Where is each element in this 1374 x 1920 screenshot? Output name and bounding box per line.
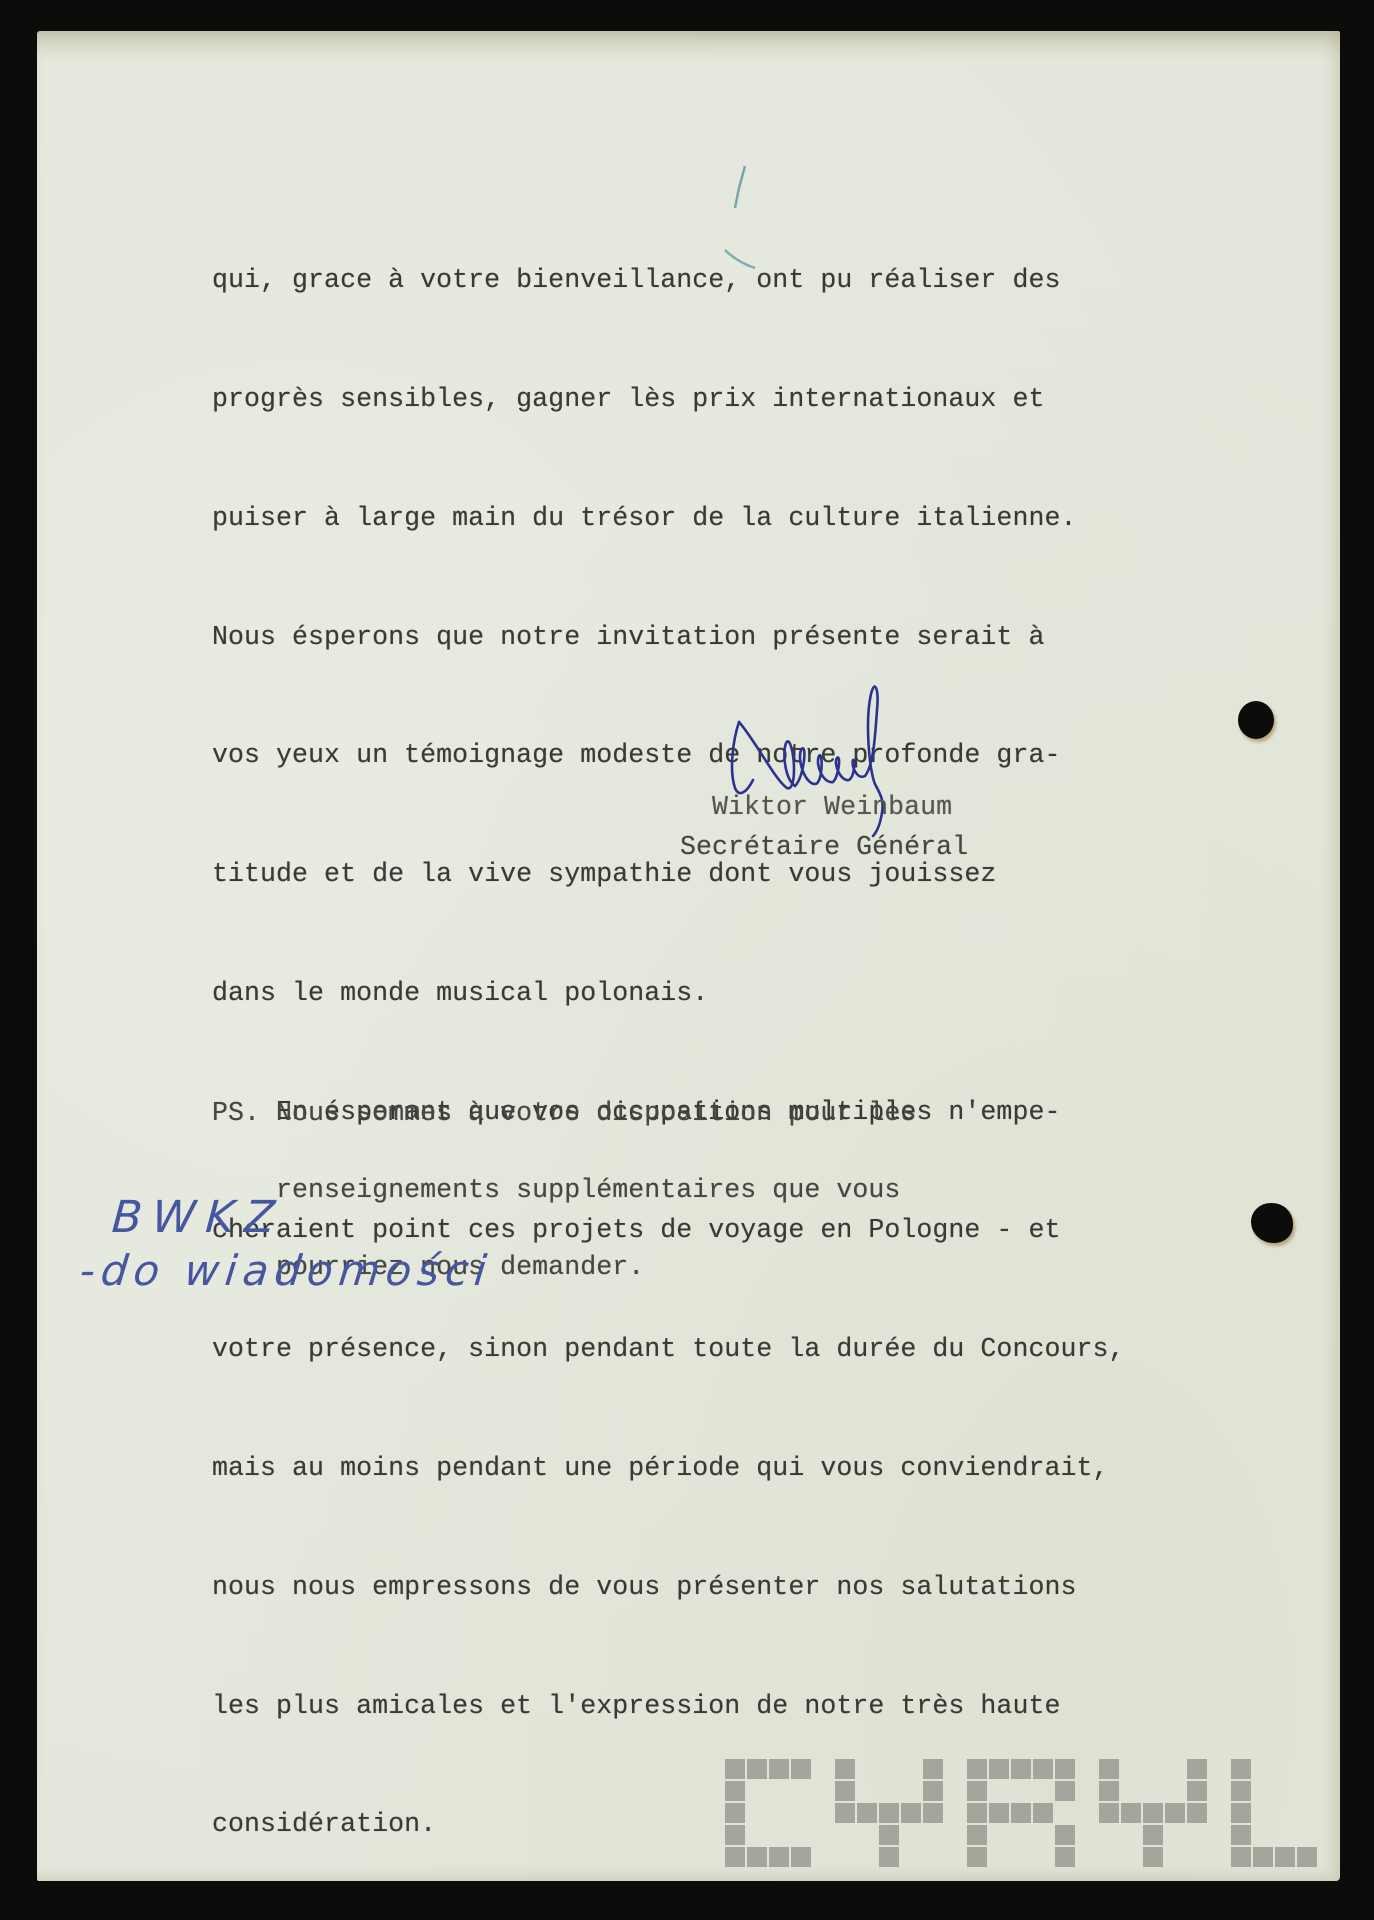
body-line: votre présence, sinon pendant toute la d… xyxy=(212,1330,1125,1370)
body-line: progrès sensibles, gagner lès prix inter… xyxy=(212,380,1125,420)
watermark-cell xyxy=(989,1803,1009,1823)
watermark-cell xyxy=(1033,1759,1053,1779)
body-line: qui, grace à votre bienveillance, ont pu… xyxy=(212,261,1125,301)
watermark-cell xyxy=(1231,1759,1251,1779)
watermark-cell xyxy=(835,1781,855,1801)
watermark-cell xyxy=(967,1759,987,1779)
body-line: dans le monde musical polonais. xyxy=(212,974,1125,1014)
watermark-cell xyxy=(725,1803,745,1823)
watermark-cell xyxy=(1143,1825,1163,1845)
watermark-cell xyxy=(1231,1847,1251,1867)
watermark-cell xyxy=(1055,1825,1075,1845)
watermark-cell xyxy=(747,1847,767,1867)
body-line: vos yeux un témoignage modeste de notre … xyxy=(212,736,1125,776)
watermark-cell xyxy=(835,1803,855,1823)
watermark-cell xyxy=(1187,1803,1207,1823)
watermark-cell xyxy=(1165,1803,1185,1823)
watermark-cell xyxy=(791,1847,811,1867)
body-line: Nous ésperons que notre invitation prése… xyxy=(212,618,1125,658)
punch-hole xyxy=(1238,701,1274,739)
watermark-cell xyxy=(879,1825,899,1845)
watermark-cell xyxy=(879,1803,899,1823)
signatory-name: Wiktor Weinbaum xyxy=(712,788,952,828)
body-line: mais au moins pendant une période qui vo… xyxy=(212,1449,1125,1489)
watermark-cell xyxy=(1055,1781,1075,1801)
body-line: nous nous empressons de vous présenter n… xyxy=(212,1568,1125,1608)
ps-line: PS. Nous sommes à votre disposition pour… xyxy=(212,1101,916,1127)
watermark-cell xyxy=(923,1781,943,1801)
watermark-cell xyxy=(791,1759,811,1779)
watermark-cell xyxy=(1099,1803,1119,1823)
watermark-cell xyxy=(989,1759,1009,1779)
watermark-cell xyxy=(1055,1847,1075,1867)
watermark-cell xyxy=(1231,1825,1251,1845)
watermark-cell xyxy=(967,1781,987,1801)
signatory-title: Secrétaire Général xyxy=(680,828,968,868)
watermark-cell xyxy=(967,1825,987,1845)
watermark-cell xyxy=(1253,1847,1273,1867)
watermark-cell xyxy=(1055,1759,1075,1779)
handwritten-note-line1: BWKZ xyxy=(110,1192,286,1243)
watermark-cell xyxy=(769,1847,789,1867)
watermark-cell xyxy=(1121,1803,1141,1823)
watermark-cell xyxy=(1231,1781,1251,1801)
watermark-cell xyxy=(1033,1803,1053,1823)
watermark-cell xyxy=(923,1759,943,1779)
watermark-cell xyxy=(747,1759,767,1779)
watermark-cell xyxy=(1275,1847,1295,1867)
letter-body: qui, grace à votre bienveillance, ont pu… xyxy=(212,182,1125,1885)
watermark-cell xyxy=(835,1759,855,1779)
watermark-cell xyxy=(1143,1847,1163,1867)
watermark-cell xyxy=(1187,1781,1207,1801)
watermark-cell xyxy=(1011,1759,1031,1779)
watermark-cell xyxy=(1187,1759,1207,1779)
watermark-cell xyxy=(1011,1803,1031,1823)
handwritten-note-line2: -do wiadomości xyxy=(77,1246,494,1295)
watermark-cell xyxy=(967,1847,987,1867)
watermark-cell xyxy=(725,1759,745,1779)
watermark-cell xyxy=(769,1759,789,1779)
watermark-cell xyxy=(1231,1803,1251,1823)
watermark-cell xyxy=(725,1825,745,1845)
watermark-cell xyxy=(1099,1759,1119,1779)
watermark-cell xyxy=(967,1803,987,1823)
punch-hole xyxy=(1251,1203,1293,1243)
watermark-cell xyxy=(879,1847,899,1867)
watermark-cell xyxy=(725,1847,745,1867)
body-line: considération. xyxy=(212,1805,1125,1845)
watermark-cell xyxy=(1143,1803,1163,1823)
ps-line: renseignements supplémentaires que vous xyxy=(212,1178,916,1204)
body-line: les plus amicales et l'expression de not… xyxy=(212,1687,1125,1727)
watermark-cell xyxy=(857,1803,877,1823)
watermark-cell xyxy=(725,1781,745,1801)
body-line: titude et de la vive sympathie dont vous… xyxy=(212,855,1125,895)
watermark-cell xyxy=(901,1803,921,1823)
watermark-cell xyxy=(923,1803,943,1823)
body-line: puiser à large main du trésor de la cult… xyxy=(212,499,1125,539)
watermark-cell xyxy=(1099,1781,1119,1801)
watermark-cell xyxy=(1297,1847,1317,1867)
